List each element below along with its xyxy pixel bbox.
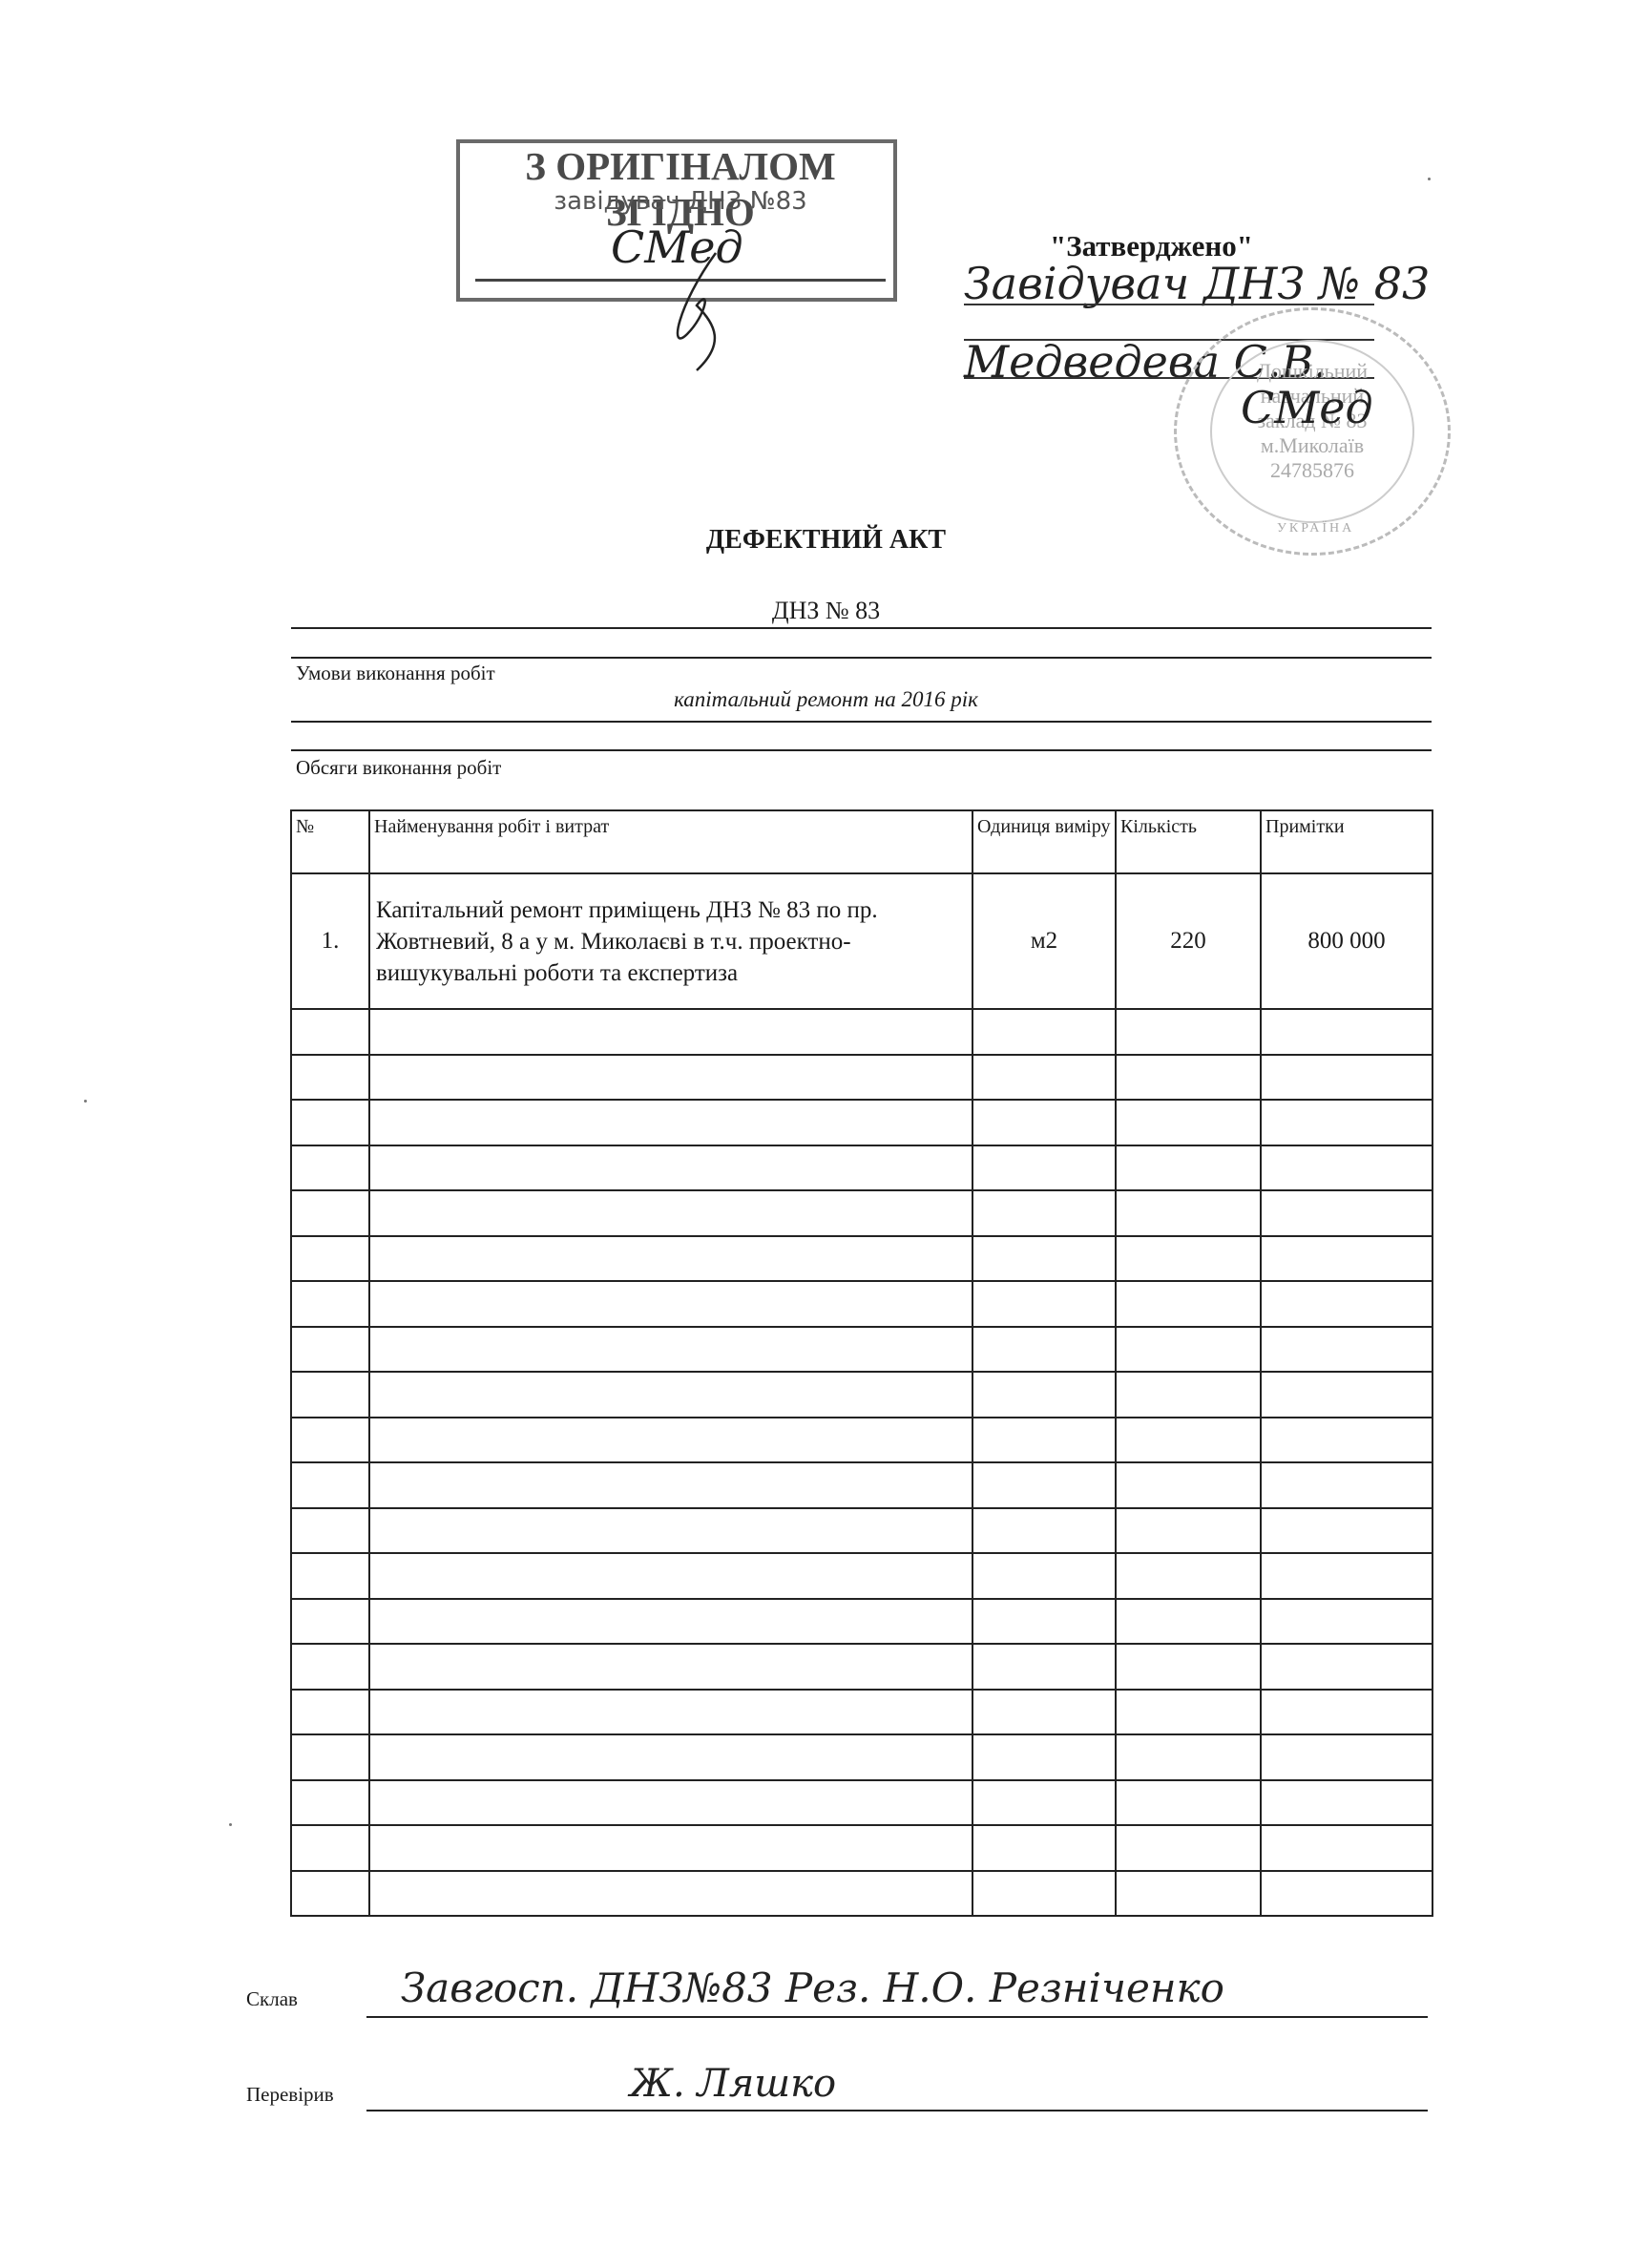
- cell-empty: [1116, 1236, 1261, 1282]
- table-row-empty: [291, 1372, 1432, 1418]
- cell-empty: [1116, 1599, 1261, 1645]
- cell-empty: [369, 1690, 972, 1735]
- cell-empty: [972, 1055, 1116, 1101]
- table-header-row: № Найменування робіт і витрат Одиниця ви…: [291, 810, 1432, 873]
- rule: [291, 721, 1432, 723]
- table-row: 1. Капітальний ремонт приміщень ДНЗ № 83…: [291, 873, 1432, 1009]
- checked-label: Перевірив: [246, 2083, 334, 2107]
- cell-notes: 800 000: [1261, 873, 1432, 1009]
- cell-empty: [369, 1871, 972, 1917]
- seal-line: 24785876: [1231, 458, 1393, 483]
- cell-empty: [291, 1055, 369, 1101]
- cell-empty: [972, 1418, 1116, 1463]
- header-notes: Примітки: [1261, 810, 1432, 873]
- cell-empty: [972, 1508, 1116, 1554]
- cell-empty: [291, 1871, 369, 1917]
- cell-empty: [291, 1508, 369, 1554]
- cell-unit: м2: [972, 873, 1116, 1009]
- document-subtitle: ДНЗ № 83: [0, 597, 1652, 625]
- header-name: Найменування робіт і витрат: [369, 810, 972, 873]
- table-row-empty: [291, 1236, 1432, 1282]
- cell-empty: [369, 1780, 972, 1826]
- cell-empty: [291, 1599, 369, 1645]
- cell-empty: [1116, 1281, 1261, 1327]
- cell-empty: [1116, 1825, 1261, 1871]
- seal-line: Дошкільний: [1231, 359, 1393, 384]
- seal-line: м.Миколаїв: [1231, 433, 1393, 458]
- cell-empty: [972, 1236, 1116, 1282]
- cell-empty: [291, 1145, 369, 1191]
- cell-empty: [1261, 1825, 1432, 1871]
- rule: [291, 749, 1432, 751]
- conditions-value: капітальний ремонт на 2016 рік: [0, 687, 1652, 712]
- conditions-label: Умови виконання робіт: [296, 662, 495, 685]
- cell-empty: [1261, 1553, 1432, 1599]
- cell-empty: [1116, 1418, 1261, 1463]
- approval-signature: СМед: [1241, 382, 1373, 433]
- cell-empty: [972, 1190, 1116, 1236]
- cell-empty: [291, 1372, 369, 1418]
- cell-empty: [972, 1281, 1116, 1327]
- cell-empty: [291, 1553, 369, 1599]
- cell-empty: [972, 1372, 1116, 1418]
- cell-empty: [972, 1780, 1116, 1826]
- cell-empty: [972, 1327, 1116, 1373]
- cell-empty: [291, 1100, 369, 1145]
- table-row-empty: [291, 1418, 1432, 1463]
- cell-empty: [291, 1418, 369, 1463]
- cell-quantity: 220: [1116, 873, 1261, 1009]
- cell-empty: [1116, 1644, 1261, 1690]
- compiled-label: Склав: [246, 1987, 298, 2011]
- cell-empty: [291, 1734, 369, 1780]
- cell-empty: [1116, 1145, 1261, 1191]
- checked-handwritten: Ж. Ляшко: [630, 2062, 836, 2106]
- cell-empty: [1261, 1734, 1432, 1780]
- table-row-empty: [291, 1100, 1432, 1145]
- cell-empty: [291, 1644, 369, 1690]
- cell-empty: [972, 1599, 1116, 1645]
- table-row-empty: [291, 1462, 1432, 1508]
- cell-empty: [1116, 1009, 1261, 1055]
- table-row-empty: [291, 1327, 1432, 1373]
- approval-position-handwritten: Завідувач ДНЗ № 83: [964, 258, 1430, 309]
- scan-speck: [229, 1823, 232, 1826]
- cell-empty: [369, 1055, 972, 1101]
- cell-empty: [1261, 1055, 1432, 1101]
- table-row-empty: [291, 1734, 1432, 1780]
- cell-empty: [369, 1372, 972, 1418]
- cell-empty: [369, 1009, 972, 1055]
- volumes-label: Обсяги виконання робіт: [296, 756, 501, 780]
- cell-empty: [291, 1327, 369, 1373]
- works-table: № Найменування робіт і витрат Одиниця ви…: [290, 809, 1433, 1917]
- cell-empty: [369, 1644, 972, 1690]
- cell-empty: [369, 1462, 972, 1508]
- header-number: №: [291, 810, 369, 873]
- cell-empty: [1261, 1327, 1432, 1373]
- table-row-empty: [291, 1690, 1432, 1735]
- cell-empty: [1261, 1190, 1432, 1236]
- table-row-empty: [291, 1145, 1432, 1191]
- cell-empty: [1116, 1734, 1261, 1780]
- cell-empty: [369, 1145, 972, 1191]
- scan-speck: [1428, 178, 1431, 180]
- stamp-subtitle: завідувач ДНЗ №83: [466, 187, 895, 216]
- cell-empty: [1261, 1372, 1432, 1418]
- table-row-empty: [291, 1871, 1432, 1917]
- table-row-empty: [291, 1009, 1432, 1055]
- rule: [291, 627, 1432, 629]
- cell-empty: [291, 1462, 369, 1508]
- cell-empty: [369, 1190, 972, 1236]
- cell-empty: [369, 1825, 972, 1871]
- cell-empty: [1116, 1780, 1261, 1826]
- cell-empty: [1116, 1327, 1261, 1373]
- table-row-empty: [291, 1055, 1432, 1101]
- table-row-empty: [291, 1825, 1432, 1871]
- cell-empty: [1116, 1055, 1261, 1101]
- document-title: ДЕФЕКТНИЙ АКТ: [0, 525, 1652, 556]
- cell-empty: [972, 1009, 1116, 1055]
- cell-empty: [291, 1009, 369, 1055]
- cell-empty: [291, 1690, 369, 1735]
- cell-empty: [291, 1780, 369, 1826]
- cell-empty: [369, 1599, 972, 1645]
- table-row-empty: [291, 1780, 1432, 1826]
- cell-empty: [1261, 1100, 1432, 1145]
- cell-empty: [291, 1825, 369, 1871]
- cell-empty: [1261, 1418, 1432, 1463]
- cell-empty: [369, 1734, 972, 1780]
- cell-empty: [1116, 1100, 1261, 1145]
- cell-empty: [369, 1327, 972, 1373]
- cell-empty: [291, 1236, 369, 1282]
- cell-empty: [1116, 1190, 1261, 1236]
- cell-empty: [1261, 1780, 1432, 1826]
- cell-empty: [972, 1553, 1116, 1599]
- cell-empty: [369, 1236, 972, 1282]
- cell-empty: [972, 1100, 1116, 1145]
- cell-empty: [1261, 1871, 1432, 1917]
- cell-empty: [1261, 1508, 1432, 1554]
- signature-flourish-icon: [659, 248, 744, 372]
- checked-line: [366, 2110, 1428, 2111]
- cell-empty: [1261, 1236, 1432, 1282]
- cell-empty: [972, 1825, 1116, 1871]
- cell-empty: [369, 1418, 972, 1463]
- cell-empty: [972, 1734, 1116, 1780]
- cell-empty: [1261, 1009, 1432, 1055]
- header-unit: Одиниця виміру: [972, 810, 1116, 873]
- cell-empty: [1116, 1462, 1261, 1508]
- cell-empty: [369, 1508, 972, 1554]
- cell-name: Капітальний ремонт приміщень ДНЗ № 83 по…: [369, 873, 972, 1009]
- cell-empty: [1261, 1644, 1432, 1690]
- cell-empty: [1261, 1462, 1432, 1508]
- table-row-empty: [291, 1644, 1432, 1690]
- table-row-empty: [291, 1190, 1432, 1236]
- cell-empty: [972, 1145, 1116, 1191]
- table-row-empty: [291, 1508, 1432, 1554]
- cell-empty: [1116, 1690, 1261, 1735]
- rule: [291, 657, 1432, 659]
- table-row-empty: [291, 1553, 1432, 1599]
- cell-empty: [972, 1462, 1116, 1508]
- cell-empty: [1261, 1145, 1432, 1191]
- cell-empty: [1116, 1553, 1261, 1599]
- cell-empty: [972, 1690, 1116, 1735]
- cell-number: 1.: [291, 873, 369, 1009]
- cell-empty: [291, 1281, 369, 1327]
- header-quantity: Кількість: [1116, 810, 1261, 873]
- approval-line-1: [964, 304, 1374, 305]
- table-row-empty: [291, 1281, 1432, 1327]
- cell-empty: [369, 1553, 972, 1599]
- cell-empty: [1116, 1508, 1261, 1554]
- scan-speck: [84, 1100, 87, 1103]
- cell-empty: [369, 1100, 972, 1145]
- compiled-line: [366, 2016, 1428, 2018]
- table-row-empty: [291, 1599, 1432, 1645]
- cell-empty: [1116, 1871, 1261, 1917]
- cell-empty: [972, 1871, 1116, 1917]
- cell-empty: [1116, 1372, 1261, 1418]
- cell-empty: [972, 1644, 1116, 1690]
- cell-empty: [291, 1190, 369, 1236]
- cell-empty: [369, 1281, 972, 1327]
- cell-empty: [1261, 1599, 1432, 1645]
- compiled-handwritten: Завгосп. ДНЗ№83 Рез. Н.О. Резніченко: [401, 1964, 1224, 2011]
- cell-empty: [1261, 1281, 1432, 1327]
- cell-empty: [1261, 1690, 1432, 1735]
